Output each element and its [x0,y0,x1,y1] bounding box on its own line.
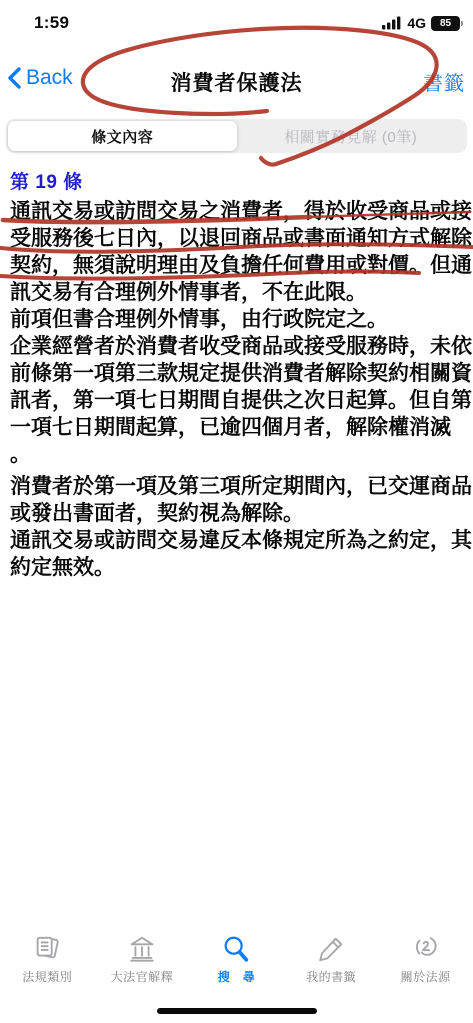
article-line: 消費者於第一項及第三項所定期間內，已交運商品 [10,473,472,500]
tab-bar: 法規類別 大法官解釋 搜 尋 [0,929,473,995]
article-line: 受服務後七日內，以退回商品或書面通知方式解除 [10,225,472,252]
home-indicator[interactable] [157,1008,317,1014]
courthouse-icon [127,933,157,965]
back-button-label: Back [26,66,73,90]
tab-article-content[interactable]: 條文內容 [8,121,237,151]
article-line: 通訊交易或訪問交易之消費者，得於收受商品或接 [10,198,472,225]
battery-percentage: 85 [440,18,451,29]
article-number-heading: 第 19 條 [10,171,472,195]
tab-grand-justice-interpretations[interactable]: 大法官解釋 [95,929,190,995]
tab-label: 我的書籤 [306,968,356,985]
chevron-left-icon [8,67,21,89]
article-body: 第 19 條 通訊交易或訪問交易之消費者，得於收受商品或接 受服務後七日內，以退… [10,171,472,581]
article-line: 通訊交易或訪問交易違反本條規定所為之約定，其 [10,527,472,554]
tab-my-bookmarks[interactable]: 我的書籤 [284,929,379,995]
bookmark-button[interactable]: 書籤 [423,67,465,96]
article-line: 前項但書合理例外情事，由行政院定之。 [10,306,472,333]
tab-law-categories[interactable]: 法規類別 [0,929,95,995]
article-line: 或發出書面者，契約視為解除。 [10,500,472,527]
clock: 1:59 [34,13,69,33]
navigation-bar: Back 消費者保護法 書籤 [0,44,473,116]
documents-icon [32,933,62,965]
status-bar: 1:59 4G 85 [0,0,473,44]
page-title: 消費者保護法 [80,67,393,97]
search-icon [221,933,251,965]
network-type-label: 4G [407,15,426,31]
battery-icon: 85 [431,16,463,31]
article-line: 。 [10,441,472,468]
article-line: 企業經營者於消費者收受商品或接受服務時，未依 [10,333,472,360]
tab-label: 搜 尋 [218,968,256,985]
tab-label: 大法官解釋 [111,968,174,985]
back-button[interactable]: Back [8,66,73,90]
tab-search[interactable]: 搜 尋 [189,929,284,995]
article-line: 訊者，第一項七日期間自提供之次日起算。但自第 [10,387,472,414]
article-line: 前條第一項第三款規定提供消費者解除契約相關資 [10,360,472,387]
tab-about-lawbank[interactable]: 關於法源 [378,929,473,995]
article-line: 契約，無須說明理由及負擔任何費用或對價。但通 [10,252,472,279]
tab-related-practice[interactable]: 相關實務見解 (0筆) [237,121,466,151]
segmented-control: 條文內容 相關實務見解 (0筆) [6,119,467,153]
article-line: 約定無效。 [10,554,472,581]
tab-label: 關於法源 [401,968,451,985]
article-line: 訊交易有合理例外情事者，不在此限。 [10,279,472,306]
article-line: 一項七日期間起算，已逾四個月者，解除權消滅 [10,414,472,441]
pencil-icon [316,933,346,965]
lawbank-logo-icon [411,933,441,965]
status-indicators: 4G 85 [382,15,463,31]
signal-strength-icon [382,16,402,30]
tab-label: 法規類別 [22,968,72,985]
